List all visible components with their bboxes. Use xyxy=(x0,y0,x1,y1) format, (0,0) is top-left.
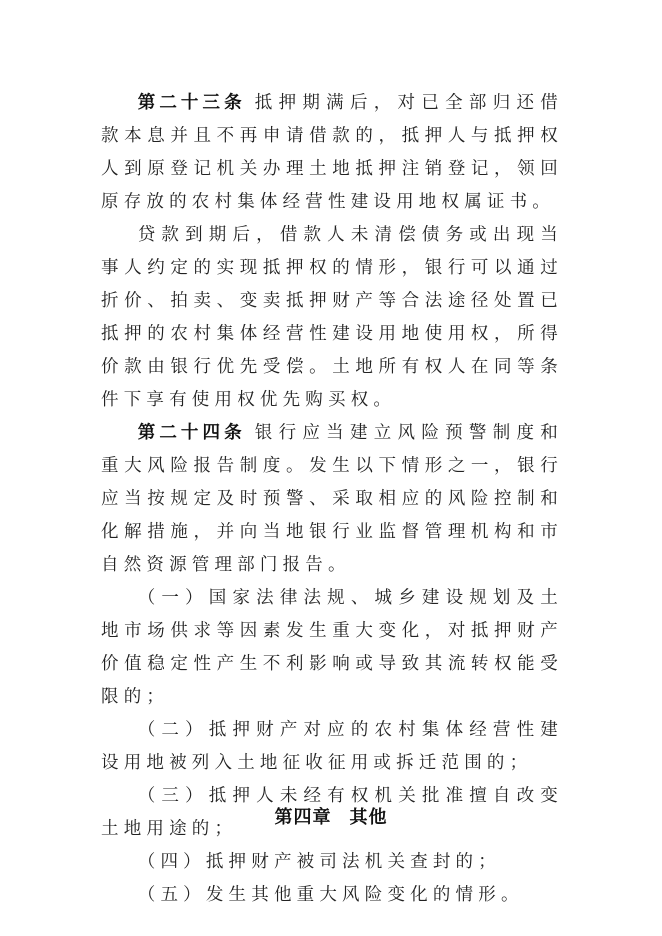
list-item: （二）抵押财产对应的农村集体经营性建设用地被列入土地征收征用或拆迁范围的； xyxy=(101,714,563,780)
chapter-number: 第四章 xyxy=(275,807,332,828)
chapter-title: 其他 xyxy=(350,807,388,828)
list-item: （四）抵押财产被司法机关查封的； xyxy=(101,846,563,879)
chapter-heading: 第四章其他 xyxy=(0,803,662,829)
list-item: （五）发生其他重大风险变化的情形。 xyxy=(101,879,563,912)
article-number: 第二十三条 xyxy=(138,93,246,113)
document-page: 第二十三条抵押期满后，对已全部归还借款本息并且不再申请借款的，抵押人与抵押权人到… xyxy=(101,87,563,912)
article-23-paragraph-2: 贷款到期后，借款人未清偿债务或出现当事人约定的实现抵押权的情形，银行可以通过折价… xyxy=(101,219,563,417)
article-24-paragraph-1: 第二十四条银行应当建立风险预警制度和重大风险报告制度。发生以下情形之一，银行应当… xyxy=(101,417,563,582)
article-23-paragraph-1: 第二十三条抵押期满后，对已全部归还借款本息并且不再申请借款的，抵押人与抵押权人到… xyxy=(101,87,563,219)
article-number: 第二十四条 xyxy=(138,423,246,443)
article-text: 银行应当建立风险预警制度和重大风险报告制度。发生以下情形之一，银行应当按规定及时… xyxy=(101,423,563,575)
list-item: （一）国家法律法规、城乡建设规划及土地市场供求等因素发生重大变化，对抵押财产价值… xyxy=(101,582,563,714)
